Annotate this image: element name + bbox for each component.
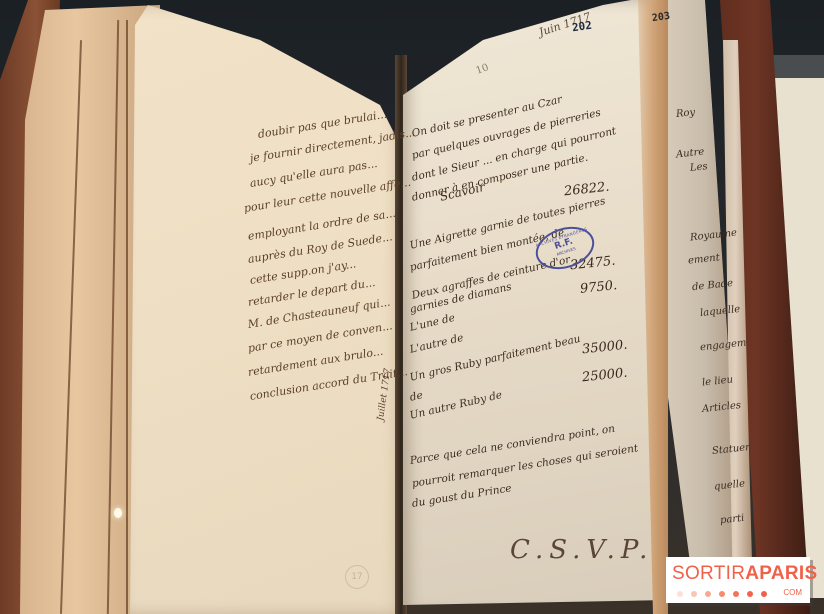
- dot-icon: [677, 591, 683, 597]
- fragment: Les: [689, 161, 708, 174]
- signature-monogram: C.S.V.P.: [510, 535, 653, 565]
- fragment: Roy: [675, 107, 695, 120]
- dot-icon: [719, 591, 725, 597]
- brand-bold: APARIS: [745, 563, 817, 584]
- light-glare: [114, 508, 122, 518]
- dot-icon: [705, 591, 711, 597]
- watermark-suffix: COM: [783, 588, 802, 597]
- dot-icon: [691, 591, 697, 597]
- circled-page-number: 17: [345, 565, 369, 589]
- sortiraparis-watermark: SORTIRAPARIS COM: [666, 557, 810, 603]
- watermark-dots: [677, 591, 767, 597]
- dot-icon: [733, 591, 739, 597]
- page-edge-line: [126, 20, 128, 614]
- folio-number: 202: [571, 19, 592, 35]
- dot-icon: [747, 591, 753, 597]
- watermark-brand: SORTIRAPARIS: [672, 563, 817, 585]
- brand-light: SORTIR: [672, 563, 745, 584]
- manuscript-photo: doubir pas que brulai... je fournir dire…: [0, 0, 824, 614]
- dot-icon: [761, 591, 767, 597]
